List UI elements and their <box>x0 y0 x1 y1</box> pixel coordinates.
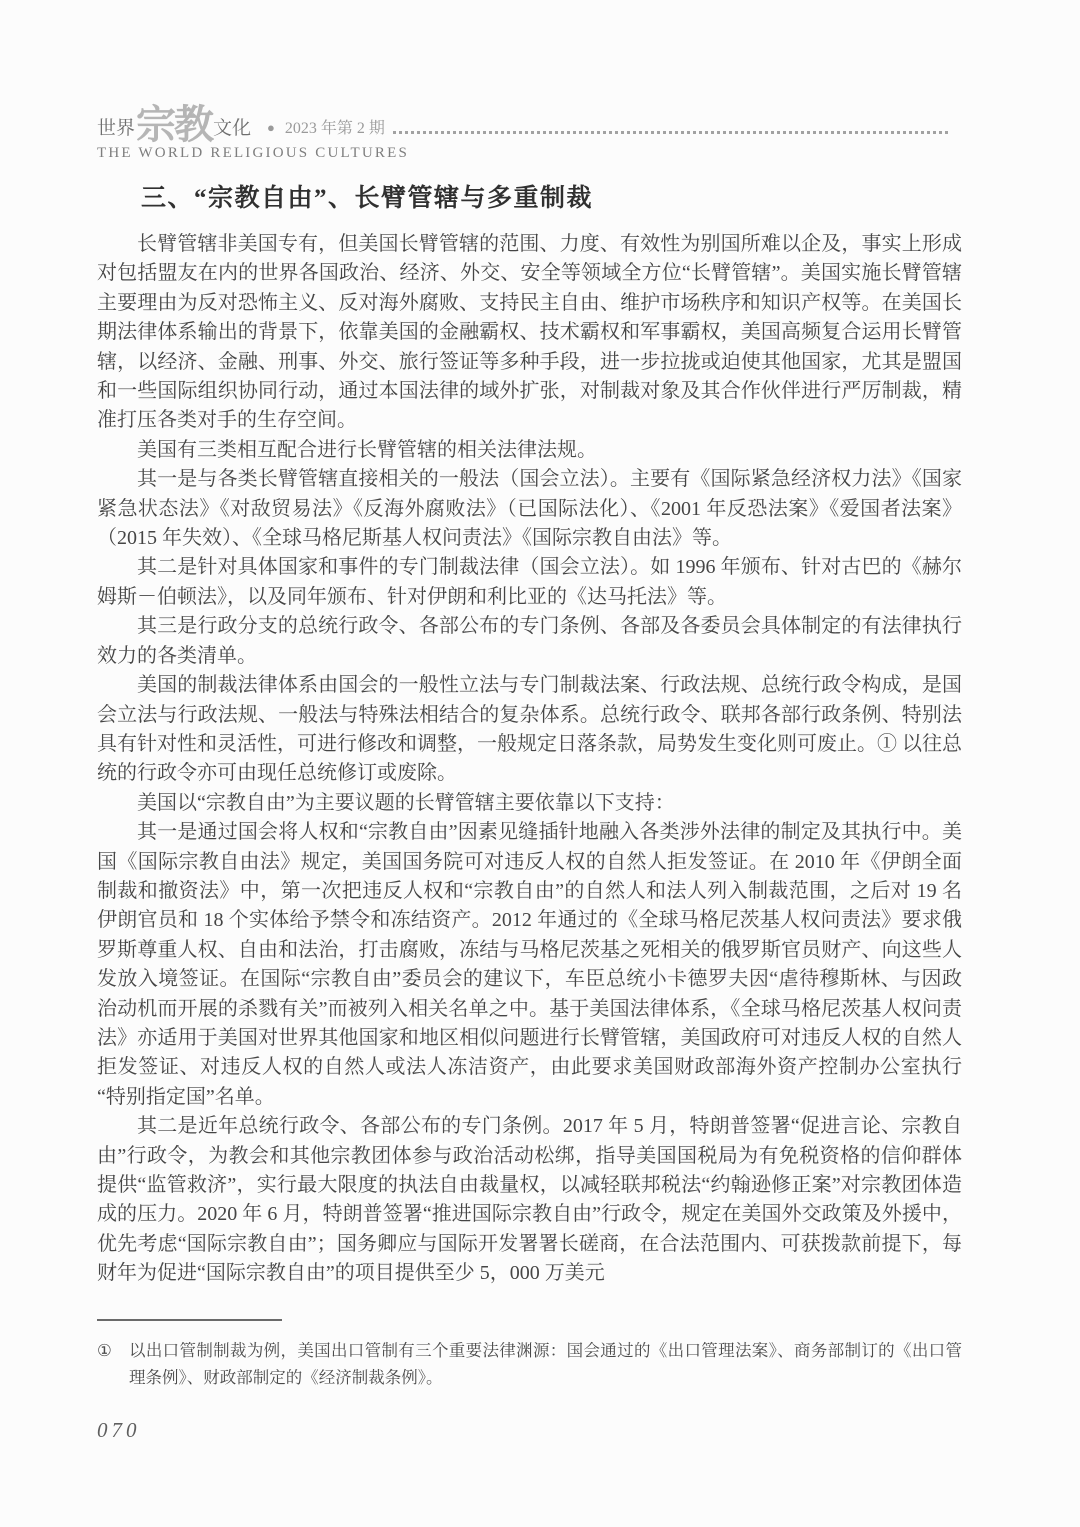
issue-label: 2023 年第 2 期 <box>285 121 385 142</box>
footnote-marker: ① <box>97 1337 119 1391</box>
paragraph: 长臂管辖非美国专有，但美国长臂管辖的范围、力度、有效性为别国所难以企及，事实上形… <box>97 230 962 436</box>
paragraph: 美国以“宗教自由”为主要议题的长臂管辖主要依靠以下支持： <box>97 789 962 818</box>
paragraph: 其一是通过国会将人权和“宗教自由”因素见缝插针地融入各类涉外法律的制定及其执行中… <box>97 818 962 1112</box>
paragraph: 其二是近年总统行政令、各部公布的专门条例。2017 年 5 月，特朗普签署“促进… <box>97 1112 962 1288</box>
masthead-post: 文化 <box>213 119 251 142</box>
section-title: 三、“宗教自由”、长臂管辖与多重制裁 <box>141 178 962 214</box>
masthead-row: 世界 宗教 文化 ● 2023 年第 2 期 <box>97 108 962 142</box>
paragraph: 其一是与各类长臂管辖直接相关的一般法（国会立法）。主要有《国际紧急经济权力法》《… <box>97 465 962 553</box>
english-title: THE WORLD RELIGIOUS CULTURES <box>97 145 962 162</box>
article-body: 长臂管辖非美国专有，但美国长臂管辖的范围、力度、有效性为别国所难以企及，事实上形… <box>97 230 962 1289</box>
footnote-divider <box>97 1319 282 1321</box>
footnote-text: 以出口管制制裁为例，美国出口管制有三个重要法律渊源：国会通过的《出口管理法案》、… <box>129 1337 962 1391</box>
journal-page: 世界 宗教 文化 ● 2023 年第 2 期 THE WORLD RELIGIO… <box>0 0 1080 1527</box>
masthead-main: 宗教 <box>136 108 212 142</box>
paragraph: 美国的制裁法律体系由国会的一般性立法与专门制裁法案、行政法规、总统行政令构成，是… <box>97 671 962 789</box>
paragraph: 其三是行政分支的总统行政令、各部公布的专门条例、各部及各委员会具体制定的有法律执… <box>97 612 962 671</box>
journal-header: 世界 宗教 文化 ● 2023 年第 2 期 THE WORLD RELIGIO… <box>97 108 962 162</box>
paragraph: 其二是针对具体国家和事件的专门制裁法律（国会立法）。如 1996 年颁布、针对古… <box>97 553 962 612</box>
page-number: 070 <box>97 1418 141 1443</box>
footnote: ① 以出口管制制裁为例，美国出口管制有三个重要法律渊源：国会通过的《出口管理法案… <box>97 1337 962 1391</box>
masthead-pre: 世界 <box>97 119 135 142</box>
bullet-icon: ● <box>267 121 275 134</box>
dotted-leader <box>393 131 948 134</box>
paragraph: 美国有三类相互配合进行长臂管辖的相关法律法规。 <box>97 436 962 465</box>
